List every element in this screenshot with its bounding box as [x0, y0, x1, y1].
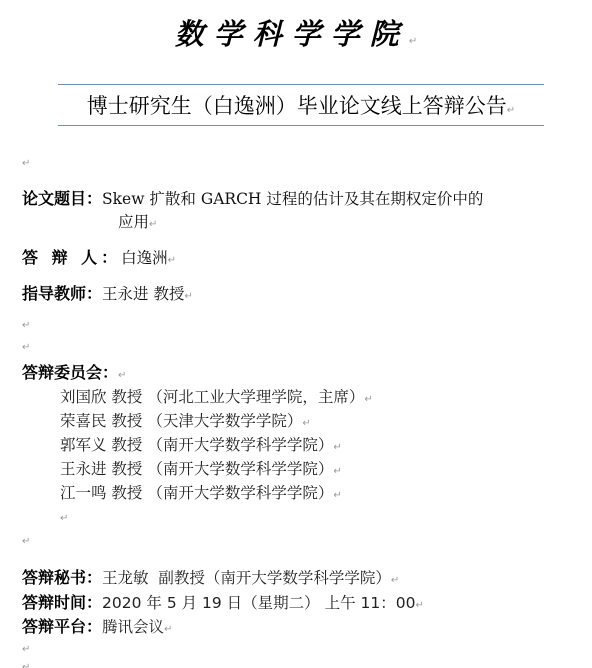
paragraph-mark-icon: ↵: [333, 466, 341, 477]
secretary-row: 答辩秘书：王龙敏 副教授（南开大学数学科学学院）↵: [22, 565, 399, 588]
defender-row: 答 辩 人：白逸洲↵: [22, 245, 176, 268]
paragraph-mark-icon: ↵: [507, 105, 515, 116]
paragraph-mark-icon: ↵: [333, 442, 341, 453]
committee-member: 郭军义 教授 （南开大学数学科学学院）↵: [60, 433, 342, 455]
paragraph-mark-icon: ↵: [22, 158, 30, 169]
paragraph-mark-icon: ↵: [391, 575, 399, 586]
thesis-title-value: Skew 扩散和 GARCH 过程的估计及其在期权定价中的: [102, 190, 483, 208]
paragraph-mark-icon: ↵: [409, 36, 417, 47]
committee-member: 刘国欣 教授 （河北工业大学理学院，主席）↵: [60, 385, 373, 407]
platform-label: 答辩平台：: [22, 617, 102, 636]
thesis-title-row: 论文题目：Skew 扩散和 GARCH 过程的估计及其在期权定价中的: [22, 186, 483, 209]
paragraph-mark-icon: ↵: [118, 370, 126, 381]
advisor-row: 指导教师：王永进 教授↵: [22, 281, 193, 304]
paragraph-mark-icon: ↵: [164, 624, 172, 635]
paragraph-mark-icon: ↵: [22, 644, 30, 655]
paragraph-mark-icon: ↵: [333, 490, 341, 501]
platform-value: 腾讯会议: [102, 618, 164, 636]
paragraph-mark-icon: ↵: [415, 600, 423, 611]
paragraph-mark-icon: ↵: [184, 291, 192, 302]
committee-member: 王永进 教授 （南开大学数学科学学院）↵: [60, 457, 342, 479]
thesis-title-value-line2: 应用: [118, 213, 149, 231]
committee-member-text: 王永进 教授 （南开大学数学科学学院）: [60, 460, 333, 478]
paragraph-mark-icon: ↵: [168, 255, 176, 266]
paragraph-mark-icon: ↵: [302, 418, 310, 429]
announcement-title: 博士研究生（白逸洲）毕业论文线上答辩公告↵: [58, 90, 544, 120]
paragraph-mark-icon: ↵: [22, 342, 30, 353]
platform-row: 答辩平台：腾讯会议↵: [22, 614, 172, 637]
paragraph-mark-icon: ↵: [22, 662, 30, 668]
secretary-label: 答辩秘书：: [22, 568, 102, 587]
thesis-title-label: 论文题目：: [22, 189, 102, 208]
college-title-text: 数学科学学院: [175, 17, 409, 51]
committee-member-text: 荣喜民 教授 （天津大学数学学院）: [60, 412, 302, 430]
committee-member: 荣喜民 教授 （天津大学数学学院）↵: [60, 409, 311, 431]
advisor-label: 指导教师：: [22, 284, 102, 303]
committee-heading: 答辩委员会：↵: [22, 360, 126, 383]
announcement-title-text: 博士研究生（白逸洲）毕业论文线上答辩公告: [87, 94, 507, 118]
paragraph-mark-icon: ↵: [149, 219, 157, 230]
advisor-value: 王永进 教授: [102, 285, 184, 303]
defender-value: 白逸洲: [121, 249, 168, 267]
paragraph-mark-icon: ↵: [22, 536, 30, 547]
time-value: 2020 年 5 月 19 日（星期二） 上午 11：00: [102, 594, 415, 612]
defender-label: 答 辩 人：: [22, 248, 121, 267]
top-rule-divider: [58, 84, 544, 85]
committee-member: 江一鸣 教授 （南开大学数学科学学院）↵: [60, 481, 342, 503]
paragraph-mark-icon: ↵: [60, 513, 68, 524]
time-label: 答辩时间：: [22, 593, 102, 612]
paragraph-mark-icon: ↵: [22, 320, 30, 331]
committee-member-text: 江一鸣 教授 （南开大学数学科学学院）: [60, 484, 333, 502]
paragraph-mark-icon: ↵: [364, 394, 372, 405]
secretary-value: 王龙敏 副教授（南开大学数学科学学院）: [102, 569, 391, 587]
committee-member-text: 刘国欣 教授 （河北工业大学理学院，主席）: [60, 388, 364, 406]
college-title: 数学科学学院↵: [0, 12, 592, 53]
time-row: 答辩时间：2020 年 5 月 19 日（星期二） 上午 11：00↵: [22, 590, 424, 613]
committee-label: 答辩委员会：: [22, 363, 118, 382]
bottom-rule-divider: [58, 125, 544, 126]
thesis-title-continuation: 应用↵: [118, 210, 157, 232]
committee-member-text: 郭军义 教授 （南开大学数学科学学院）: [60, 436, 333, 454]
